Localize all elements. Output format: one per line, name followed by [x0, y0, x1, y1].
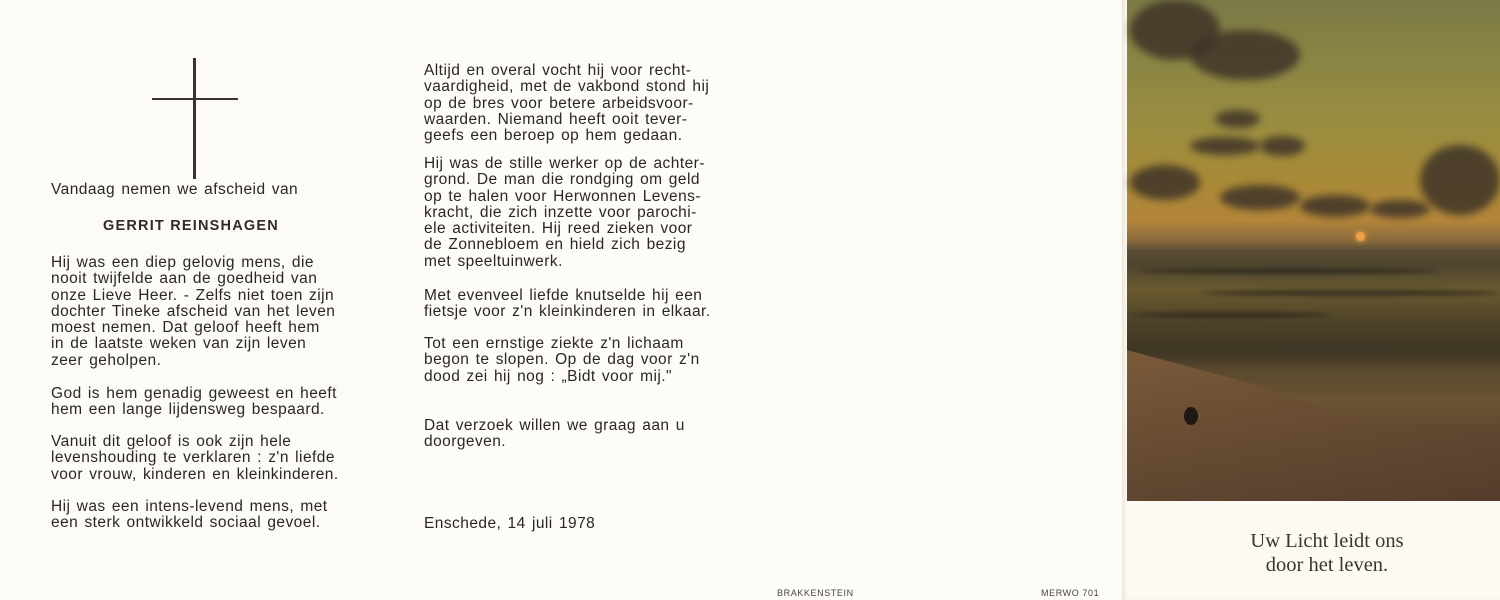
paragraph: God is hem genadig geweest en heeft hem …	[51, 386, 337, 419]
paragraph: Hij was de stille werker op de achter- g…	[424, 156, 705, 270]
place-date: Enschede, 14 juli 1978	[424, 516, 595, 532]
deceased-name: GERRIT REINSHAGEN	[103, 218, 279, 234]
rock	[1184, 407, 1198, 425]
paragraph: Hij was een diep gelovig mens, die nooit…	[51, 255, 335, 369]
caption-line-2: door het leven.	[1127, 553, 1500, 577]
paragraph: Met evenveel liefde knutselde hij een fi…	[424, 288, 711, 321]
paragraph: Vanuit dit geloof is ook zijn hele leven…	[51, 434, 339, 483]
printer-name: BRAKKENSTEIN	[777, 588, 854, 598]
paragraph: Altijd en overal vocht hij voor recht- v…	[424, 63, 709, 144]
caption-line-1: Uw Licht leidt ons	[1127, 529, 1500, 553]
photo-caption: Uw Licht leidt ons door het leven.	[1127, 529, 1500, 577]
paragraph: Hij was een intens-levend mens, met een …	[51, 499, 328, 532]
blank-panel	[750, 0, 1125, 600]
sun	[1356, 232, 1365, 241]
print-code: MERWO 701	[1041, 588, 1099, 598]
intro-text: Vandaag nemen we afscheid van	[51, 182, 298, 198]
paragraph: Dat verzoek willen we graag aan u doorge…	[424, 418, 685, 451]
paragraph: Tot een ernstige ziekte z'n lichaam bego…	[424, 336, 700, 385]
